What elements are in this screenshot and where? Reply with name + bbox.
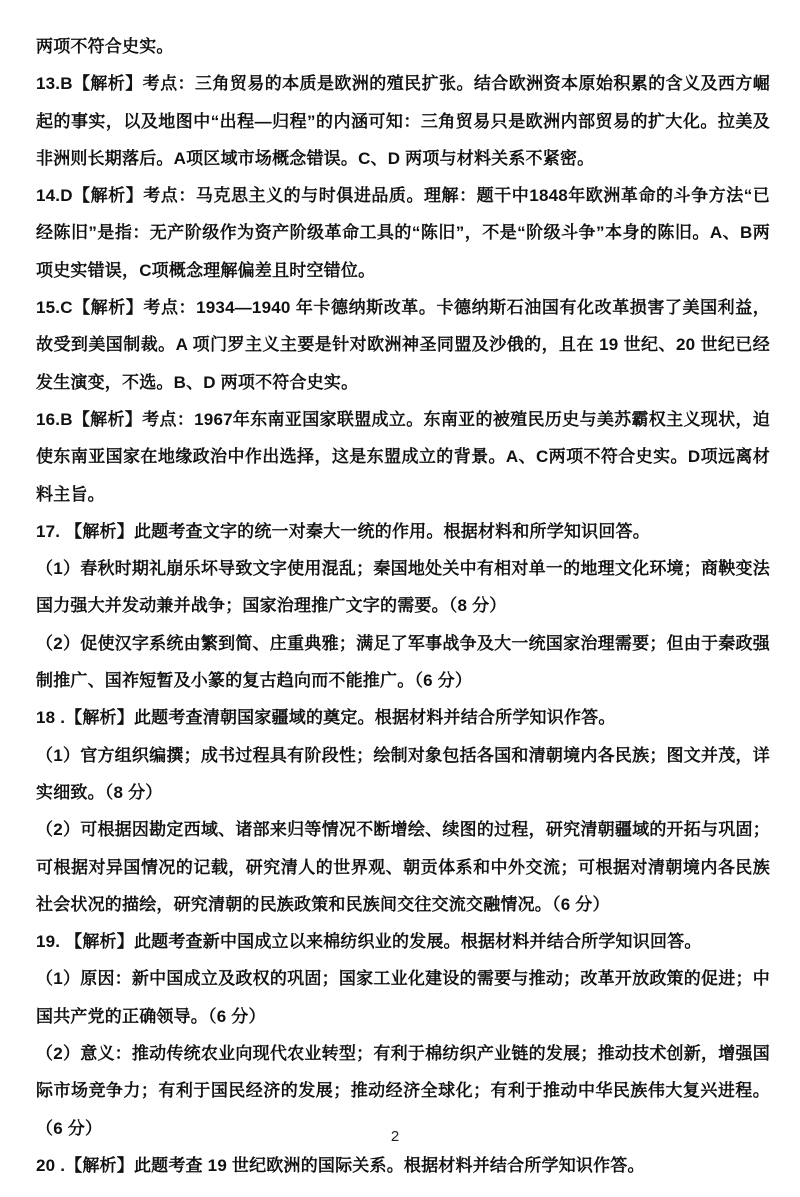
paragraph-answer-16: 16.B【解析】考点：1967年东南亚国家联盟成立。东南亚的被殖民历史与美苏霸权…: [36, 401, 770, 513]
paragraph-answer-18-part1: （1）官方组织编撰；成书过程具有阶段性；绘制对象包括各国和清朝境内各民族；图文并…: [36, 737, 770, 812]
paragraph-answer-19-intro: 19. 【解析】此题考查新中国成立以来棉纺织业的发展。根据材料并结合所学知识回答…: [36, 923, 770, 960]
paragraph-answer-13: 13.B【解析】考点：三角贸易的本质是欧洲的殖民扩张。结合欧洲资本原始积累的含义…: [36, 65, 770, 177]
paragraph-answer-17-part1: （1）春秋时期礼崩乐坏导致文字使用混乱；秦国地处关中有相对单一的地理文化环境；商…: [36, 550, 770, 625]
paragraph-answer-18-intro: 18 .【解析】此题考查清朝国家疆域的奠定。根据材料并结合所学知识作答。: [36, 699, 770, 736]
document-body: 两项不符合史实。 13.B【解析】考点：三角贸易的本质是欧洲的殖民扩张。结合欧洲…: [36, 28, 770, 1184]
paragraph-answer-17-intro: 17. 【解析】此题考查文字的统一对秦大一统的作用。根据材料和所学知识回答。: [36, 513, 770, 550]
paragraph-answer-17-part2: （2）促使汉字系统由繁到简、庄重典雅；满足了军事战争及大一统国家治理需要；但由于…: [36, 625, 770, 700]
paragraph-answer-20-intro: 20 .【解析】此题考查 19 世纪欧洲的国际关系。根据材料并结合所学知识作答。: [36, 1147, 770, 1184]
paragraph-answer-14: 14.D【解析】考点：马克思主义的与时俱进品质。理解：题干中1848年欧洲革命的…: [36, 177, 770, 289]
paragraph-overflow-item12: 两项不符合史实。: [36, 28, 770, 65]
paragraph-answer-15: 15.C【解析】考点：1934—1940 年卡德纳斯改革。卡德纳斯石油国有化改革…: [36, 289, 770, 401]
document-page: 两项不符合史实。 13.B【解析】考点：三角贸易的本质是欧洲的殖民扩张。结合欧洲…: [0, 0, 800, 1197]
paragraph-answer-18-part2: （2）可根据因勘定西域、诸部来归等情况不断增绘、续图的过程，研究清朝疆域的开拓与…: [36, 811, 770, 923]
page-number: 2: [0, 1128, 790, 1145]
paragraph-answer-19-part1: （1）原因：新中国成立及政权的巩固；国家工业化建设的需要与推动；改革开放政策的促…: [36, 960, 770, 1035]
